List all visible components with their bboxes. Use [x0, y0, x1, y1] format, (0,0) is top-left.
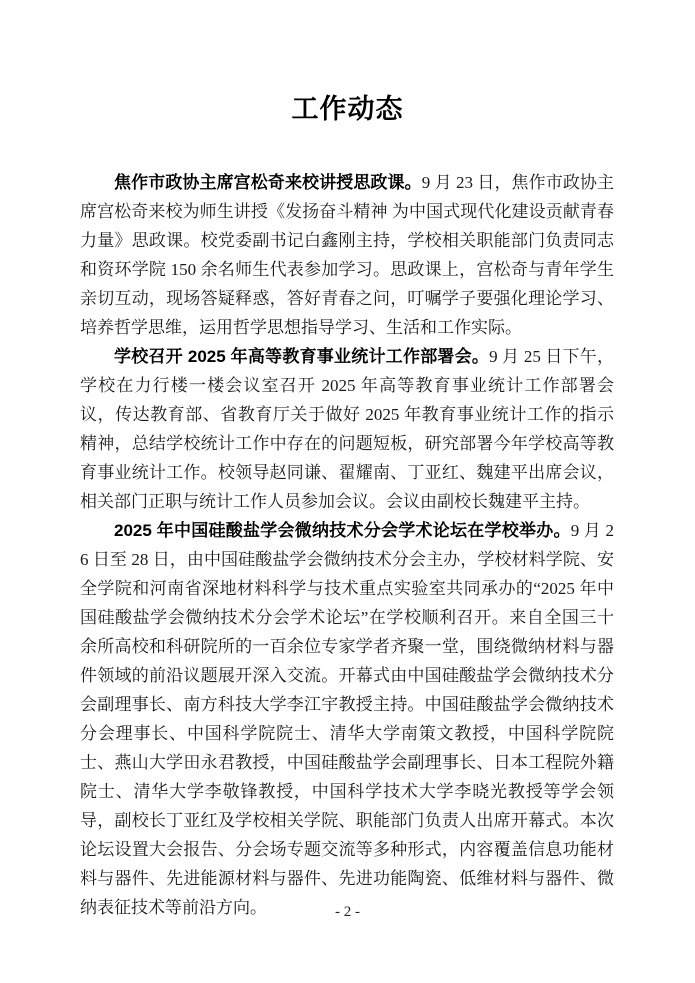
- news-body-text: 9 月 26 日至 28 日，由中国硅酸盐学会微纳技术分会主办，学校材料学院、安…: [80, 521, 614, 917]
- news-paragraph: 2025 年中国硅酸盐学会微纳技术分会学术论坛在学校举办。9 月 26 日至 2…: [80, 516, 614, 922]
- news-paragraph: 学校召开 2025 年高等教育事业统计工作部署会。9 月 25 日下午，学校在力…: [80, 342, 614, 516]
- page-title: 工作动态: [0, 0, 695, 126]
- news-paragraph: 焦作市政协主席宫松奇来校讲授思政课。9 月 23 日，焦作市政协主席宫松奇来校为…: [80, 168, 614, 342]
- news-headline: 焦作市政协主席宫松奇来校讲授思政课。: [114, 173, 422, 192]
- news-headline: 学校召开 2025 年高等教育事业统计工作部署会。: [114, 347, 489, 366]
- page-number: - 2 -: [0, 903, 695, 921]
- news-headline: 2025 年中国硅酸盐学会微纳技术分会学术论坛在学校举办。: [114, 521, 571, 540]
- document-page: 工作动态 焦作市政协主席宫松奇来校讲授思政课。9 月 23 日，焦作市政协主席宫…: [0, 0, 695, 983]
- news-body-text: 9 月 23 日，焦作市政协主席宫松奇来校为师生讲授《发扬奋斗精神 为中国式现代…: [80, 173, 614, 337]
- news-body-text: 9 月 25 日下午，学校在力行楼一楼会议室召开 2025 年高等教育事业统计工…: [80, 347, 614, 511]
- document-body: 焦作市政协主席宫松奇来校讲授思政课。9 月 23 日，焦作市政协主席宫松奇来校为…: [0, 168, 695, 922]
